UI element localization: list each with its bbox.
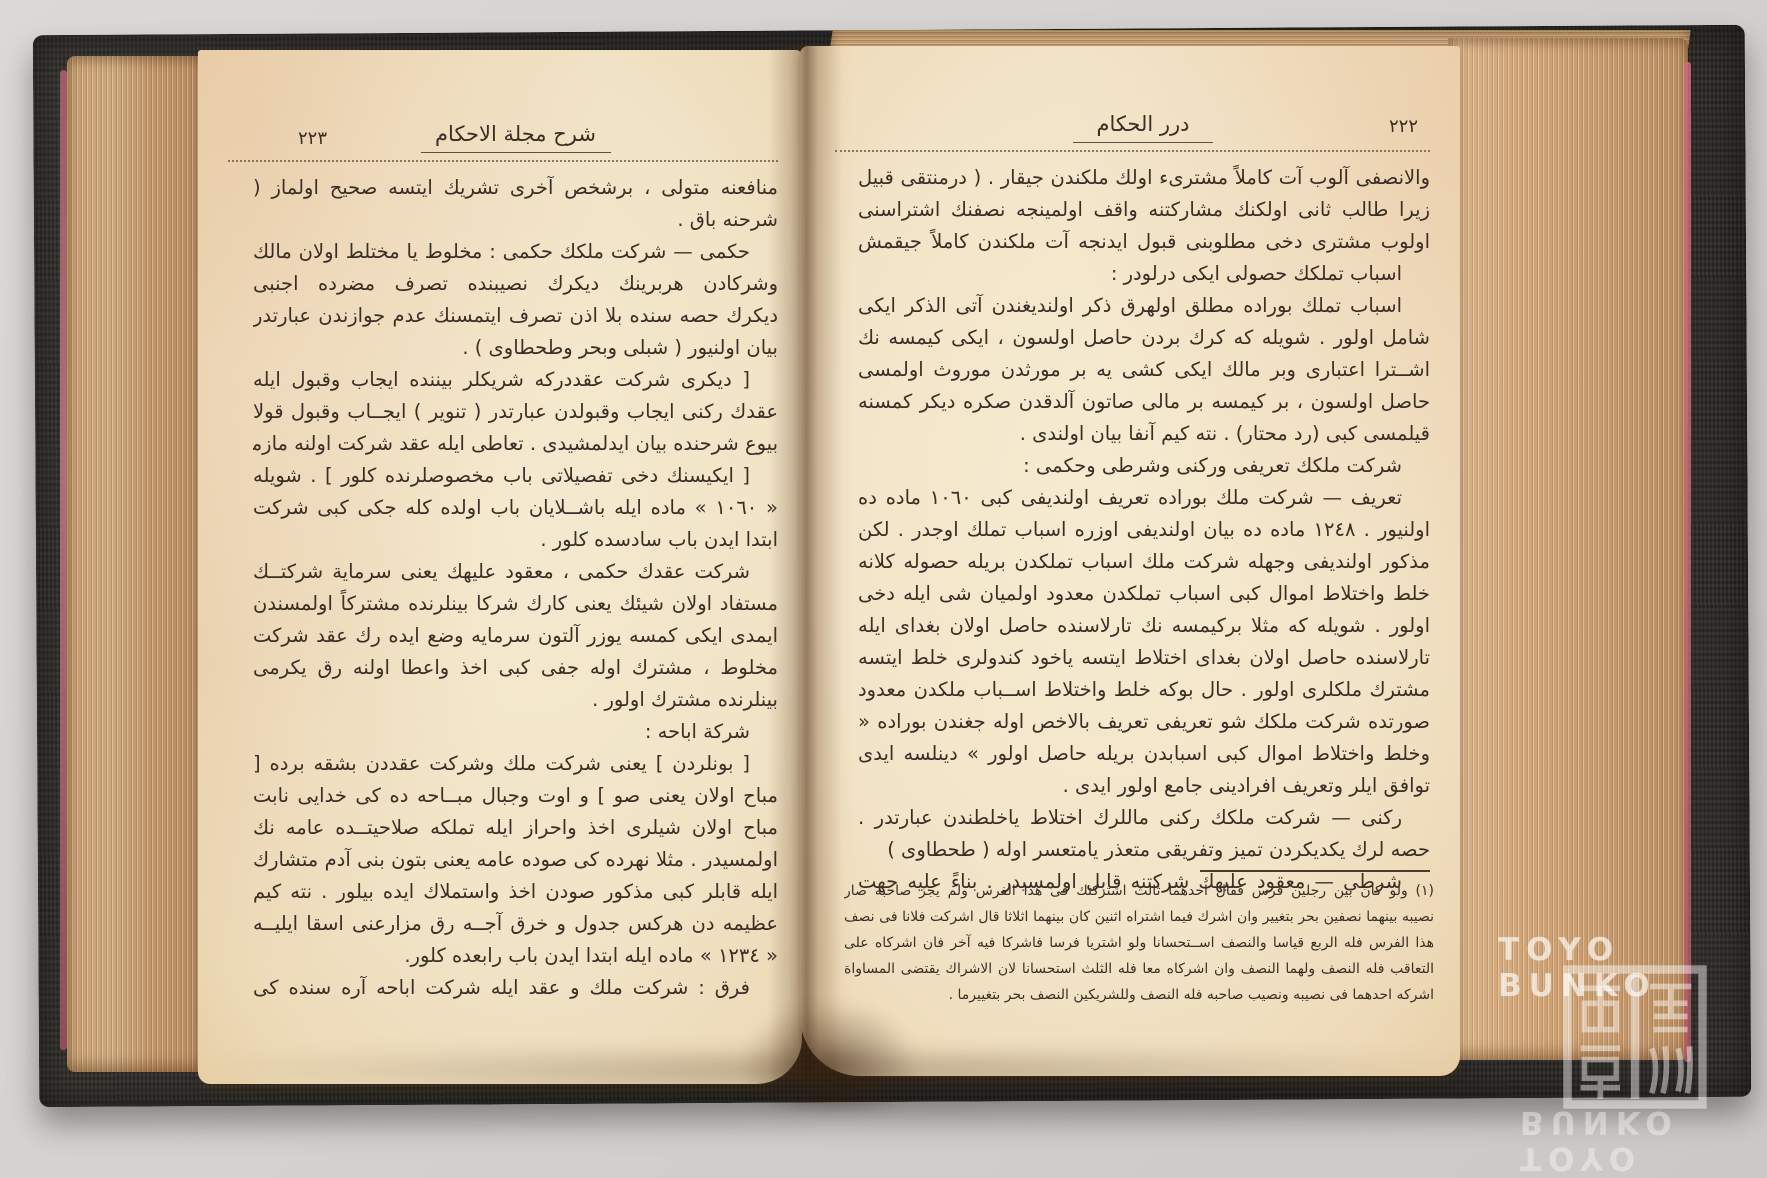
text-line: « ١٢٣٤ » ماده ايله ابتدا ايدن باب رابعده… [253, 940, 778, 972]
text-line: حصه لرك يكديكردن تميز وتفريقى متعذر يامت… [858, 834, 1430, 866]
text-line: مشترك ملكلرى اولور . حال بوكه خلط واختلا… [858, 674, 1430, 706]
photo-of-open-book: { "photo": { "background_color": "#d5d3d… [0, 0, 1767, 1178]
gutter-bottom-shadow [740, 1000, 920, 1110]
right-header-rule [835, 150, 1430, 152]
text-line: ديكرك حصه سنده بلا اذن تصرف ايتمسنك عدم … [253, 300, 778, 332]
left-page: ٢٢٣ شرح مجلة الاحكام منافعنه متولى ، برش… [198, 50, 802, 1084]
right-header-underline [1073, 142, 1213, 143]
footnote-block: (١) ولو كان بين رجلين فرس فقال احدهما ثا… [844, 878, 1434, 1008]
text-line: مخلوط ، مشترك اوله جفى كبى اخذ واعطا اول… [253, 652, 778, 684]
text-line: عقدك ركنى ايجاب وقبولدن عبارتدر ( تنوير … [253, 396, 778, 428]
text-line: ايمدى ايكى كمسه يوزر آلتون سرمايه وضع اي… [253, 620, 778, 652]
text-line: شركت ملكك تعريفى وركنى وشرطى وحكمى : [858, 450, 1430, 482]
right-header-title: درر الحكام [858, 112, 1428, 140]
left-header-title: شرح مجلة الاحكام [253, 122, 778, 150]
text-line: مباح اولان شيلرى اخذ واحراز ايله تملكه ص… [253, 812, 778, 844]
text-line: اولوب مشترى دخى مطلوبنى قبول ايدنجه آت م… [858, 226, 1430, 258]
text-line: ايله قابلر كبى مذكور صودن اخذ واستملاك ا… [253, 876, 778, 908]
text-line: [ بونلردن ] يعنى شركت ملك وشركت عقددن بش… [253, 748, 778, 780]
footnote-separator [1200, 870, 1430, 872]
text-line: بيوع شرحنده بيان ايدلمشيدى . تعاطى ايله … [253, 428, 778, 460]
text-line: شركت عقدك حكمى ، معقود عليهك يعنى سرماية… [253, 556, 778, 588]
text-line: ابتدا ايدن باب سادسده كلور . [253, 524, 778, 556]
text-line: قيلمسى كبى (رد محتار) . نته كيم آنفا بيا… [858, 418, 1430, 450]
endpaper-edge-right [1684, 62, 1691, 1062]
text-line: توافق ايلر وتعريف افرادينى جامع اولور اي… [858, 770, 1430, 802]
text-line: عظيمه دن هركس جدول و خرق آجــه رق مزارعن… [253, 908, 778, 940]
endpaper-edge-left [60, 70, 67, 1050]
text-line: نصيبه بينهما نصفين بحر بتغيير وان اشرك ف… [844, 904, 1434, 930]
text-line: خلط واختلاط اموال كبى اسباب تملكدن معدود… [858, 578, 1430, 610]
text-line: بينلرنده مشترك اولور . [253, 684, 778, 716]
text-line: « ١٠٦٠ » ماده ايله باشــلايان باب اولده … [253, 492, 778, 524]
right-page: ٢٢٢ درر الحكام والانصفى آلوب آت كاملاً م… [800, 46, 1460, 1076]
text-line: شركة اباحه : [253, 716, 778, 748]
text-line: وشركادن هربرينك ديكرك نصيبنده تصرف مضرده… [253, 268, 778, 300]
text-line: تارلاسنده حاصل اولان بغداى اختلاط ايتسه … [858, 642, 1430, 674]
left-page-header: شرح مجلة الاحكام [253, 122, 778, 150]
text-line: شرحنه باق . [253, 204, 778, 236]
watermark-text-mirrored: TOYO BUNKO [1520, 1104, 1767, 1176]
text-line: مباح اولان يعنى صو ] و اوت وجبال مبــاحه… [253, 780, 778, 812]
text-line: والانصفى آلوب آت كاملاً مشترىء اولك ملكن… [858, 162, 1430, 194]
text-line: مذكور اولنديفى وجهله شركت ملك اسباب تملك… [858, 546, 1430, 578]
text-line: حكمى — شركت ملكك حكمى : مخلوط يا مختلط ا… [253, 236, 778, 268]
text-line: زيرا طالب ثانى اولكنك مشاركتنه واقف اولم… [858, 194, 1430, 226]
text-line: هذا الفرس فله الربع قياسا والنصف اســتحس… [844, 930, 1434, 956]
text-line: [ ايكيسنك دخى تفصيلاتى باب مخصوصلرنده كل… [253, 460, 778, 492]
page-edges-left [67, 56, 209, 1072]
text-line: صورتده شركت ملكك شو تعريفى تعريف بالاخص … [858, 706, 1430, 738]
text-line: بيان اولنيور ( شبلى وبحر وطحطاوى ) . [253, 332, 778, 364]
text-line: اسباب تملكك حصولى ايكى درلودر : [858, 258, 1430, 290]
text-line: التعاقب فله النصف ولهما النصف وان اشركاه… [844, 956, 1434, 982]
text-line: ركنى — شركت ملكك ركنى ماللرك اختلاط ياخل… [858, 802, 1430, 834]
text-line: حاصل اولسون ، بر كيمسه بر مالى صاتون آلد… [858, 386, 1430, 418]
text-line: تعريف — شركت ملك بوراده تعريف اولنديفى ك… [858, 482, 1430, 514]
text-line: منافعنه متولى ، برشخص آخرى تشريك ايتسه ص… [253, 172, 778, 204]
text-line: فرق : شركت ملك و عقد ايله شركت اباحه آره… [253, 972, 778, 1004]
page-edges-right [1448, 38, 1688, 1060]
left-page-text-block: منافعنه متولى ، برشخص آخرى تشريك ايتسه ص… [253, 172, 778, 1004]
text-line: اشركه احدهما فى نصيبه ونصيب صاحبه فله ال… [844, 982, 1434, 1008]
text-line: اسباب تملك بوراده مطلق اولهرق ذكر اولندي… [858, 290, 1430, 322]
text-line: مستفاد اولان شيئك يعنى كارك شركا بينلرند… [253, 588, 778, 620]
left-header-rule [228, 160, 778, 162]
text-line: [ ديكرى شركت عقددركه شريكلر بيننده ايجاب… [253, 364, 778, 396]
text-line: اشــترا اعتبارى وبر مالك ايكى كشى يه بر … [858, 354, 1430, 386]
right-page-header: درر الحكام [858, 112, 1428, 140]
text-line: وخلط واختلاط اموال كبى اسبابدن بريله حاص… [858, 738, 1430, 770]
text-line: اولور . شويله كه مثلا بركيمسه نك تارلاسن… [858, 610, 1430, 642]
text-line: شامل اولور . شويله كه كرك بردن حاصل اولس… [858, 322, 1430, 354]
left-header-underline [421, 152, 611, 153]
text-line: اولمسيدر . مثلا نهرده كى صوده عامه يعنى … [253, 844, 778, 876]
text-line: اولنيور . ١٢٤٨ ماده ده بيان اولنديفى اوز… [858, 514, 1430, 546]
right-page-text-block: والانصفى آلوب آت كاملاً مشترىء اولك ملكن… [858, 162, 1430, 898]
text-line: (١) ولو كان بين رجلين فرس فقال احدهما ثا… [844, 878, 1434, 904]
